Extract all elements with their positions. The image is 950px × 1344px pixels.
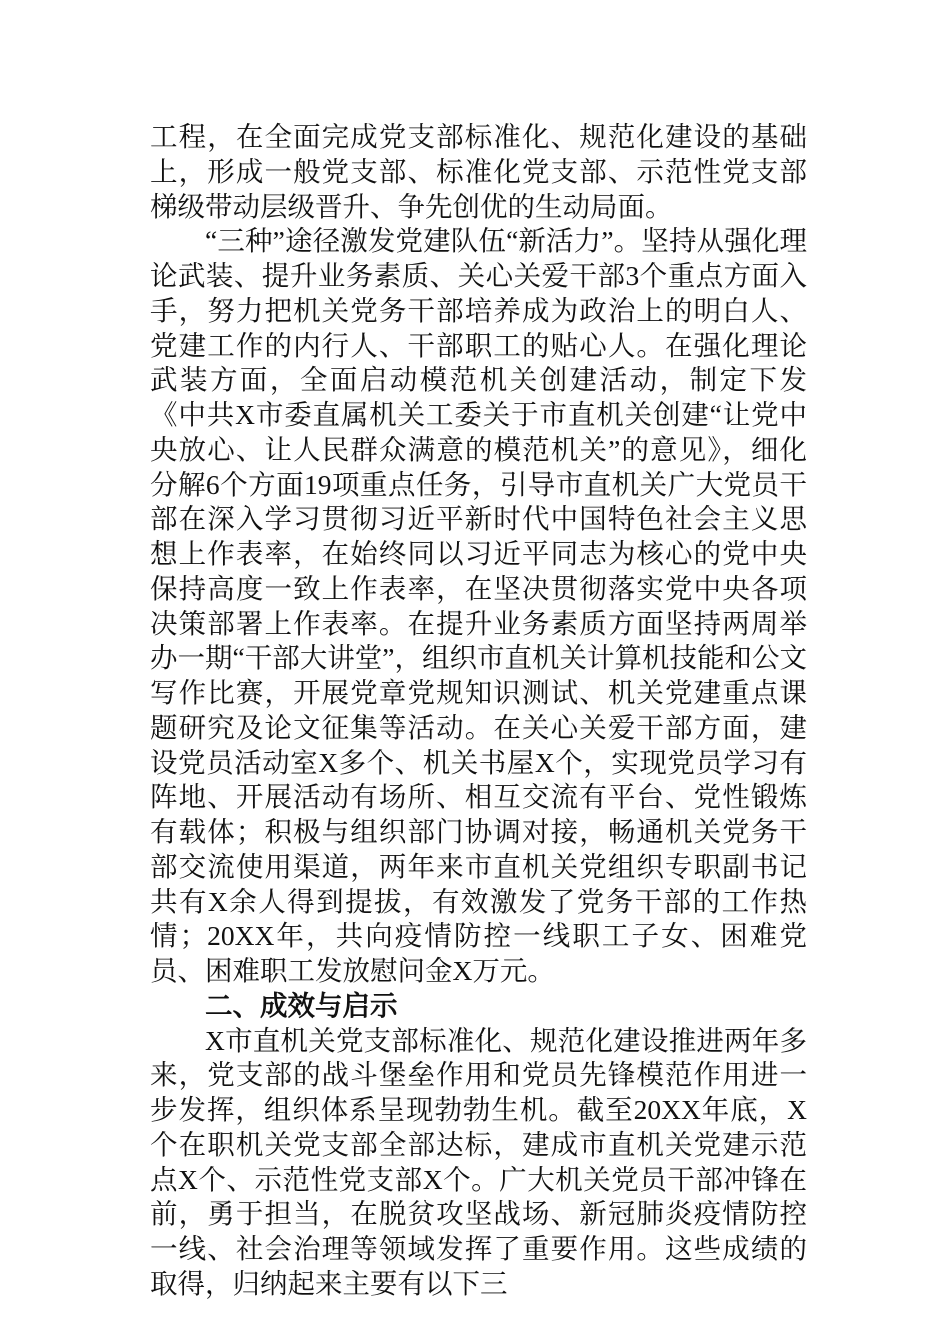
document-page: 工程，在全面完成党支部标准化、规范化建设的基础上，形成一般党支部、标准化党支部、… [0, 0, 950, 1344]
document-text-block: 工程，在全面完成党支部标准化、规范化建设的基础上，形成一般党支部、标准化党支部、… [150, 120, 807, 1302]
paragraph-continuation: 工程，在全面完成党支部标准化、规范化建设的基础上，形成一般党支部、标准化党支部、… [150, 120, 807, 224]
section-heading-results-and-insights: 二、成效与启示 [150, 989, 807, 1024]
paragraph-results: X市直机关党支部标准化、规范化建设推进两年多来，党支部的战斗堡垒作用和党员先锋模… [150, 1024, 807, 1302]
paragraph-three-approaches: “三种”途径激发党建队伍“新活力”。坚持从强化理论武装、提升业务素质、关心关爱干… [150, 224, 807, 989]
